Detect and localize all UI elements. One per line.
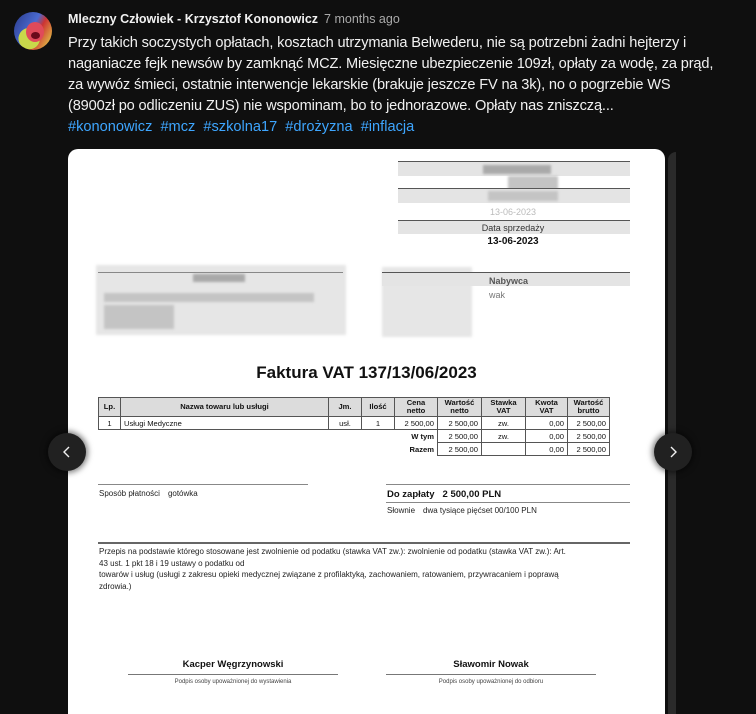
cell: 2 500,00 — [568, 443, 610, 456]
post-header: Mleczny Człowiek - Krzysztof Kononowicz7… — [68, 11, 400, 27]
post-text-line: naganiacze fejk newsów by zamknąć MCZ. M… — [68, 54, 752, 75]
divider — [382, 272, 630, 273]
table-row: 1 Usługi Medyczne usł. 1 2 500,00 2 500,… — [99, 417, 610, 430]
invoice-document: 13-06-2023 Data sprzedaży 13-06-2023 Nab… — [68, 149, 665, 714]
col-header: Jm. — [329, 398, 362, 417]
hashtag-link[interactable]: #inflacja — [361, 119, 415, 135]
cell — [482, 443, 526, 456]
legal-line: zdrowia.) — [99, 581, 634, 593]
post-text: Przy takich soczystych opłatach, kosztac… — [68, 33, 752, 117]
cell: 0,00 — [526, 417, 568, 430]
post-text-line: za wywóz śmieci, ostatnie interwencje le… — [68, 75, 752, 96]
col-header: Ilość — [362, 398, 395, 417]
payment-label: Sposób płatności — [99, 489, 160, 498]
hashtag-link[interactable]: #szkolna17 — [203, 119, 277, 135]
col-header: Wartość brutto — [568, 398, 610, 417]
summary-label: Razem — [362, 443, 438, 456]
chevron-left-icon — [60, 445, 74, 459]
invoice-title: Faktura VAT 137/13/06/2023 — [68, 363, 665, 383]
cell: 0,00 — [526, 443, 568, 456]
col-header: Stawka VAT — [482, 398, 526, 417]
cell: 2 500,00 — [438, 417, 482, 430]
post-text-line: Przy takich soczystych opłatach, kosztac… — [68, 33, 752, 54]
image-carousel[interactable]: 13-06-2023 Data sprzedaży 13-06-2023 Nab… — [68, 149, 665, 714]
col-header: Lp. — [99, 398, 121, 417]
post-time[interactable]: 7 months ago — [324, 12, 400, 26]
sale-date: 13-06-2023 — [398, 236, 628, 247]
divider — [386, 484, 630, 485]
cell: 0,00 — [526, 430, 568, 443]
table-header-row: Lp. Nazwa towaru lub usługi Jm. Ilość Ce… — [99, 398, 610, 417]
blank-cell — [99, 430, 362, 443]
sale-date-label: Data sprzedaży — [398, 223, 628, 233]
pixelated-text — [104, 293, 314, 302]
divider — [398, 220, 630, 221]
legal-basis: Przepis na podstawie którego stosowane j… — [99, 546, 634, 592]
buyer-name: wak — [489, 290, 505, 300]
col-header: Wartość netto — [438, 398, 482, 417]
carousel-prev-button[interactable] — [48, 433, 86, 471]
cell: Usługi Medyczne — [121, 417, 329, 430]
cell: usł. — [329, 417, 362, 430]
col-header: Cena netto — [395, 398, 438, 417]
legal-line: towarów i usług (usługi z zakresu opieki… — [99, 569, 634, 581]
divider — [98, 542, 630, 544]
amount-due-label: Do zapłaty — [387, 489, 435, 500]
divider — [98, 272, 343, 273]
divider — [386, 502, 630, 503]
cell: 2 500,00 — [395, 417, 438, 430]
avatar-mouth — [31, 32, 40, 39]
issuer-caption: Podpis osoby upoważnionej do wystawienia — [128, 679, 338, 685]
pixelated-text — [193, 274, 245, 282]
pixelated-text — [104, 305, 174, 329]
issue-date: 13-06-2023 — [398, 207, 628, 217]
divider — [398, 188, 630, 189]
hashtags: #kononowicz #mcz #szkolna17 #drożyzna #i… — [68, 117, 418, 137]
legal-line: Przepis na podstawie którego stosowane j… — [99, 546, 634, 558]
receiver-name: Sławomir Nowak — [386, 659, 596, 675]
amount-due: Do zapłaty2 500,00 PLN — [387, 489, 501, 500]
blank-cell — [99, 443, 362, 456]
summary-row: Razem 2 500,00 0,00 2 500,00 — [99, 443, 610, 456]
hashtag-link[interactable]: #kononowicz — [68, 119, 152, 135]
pixelated-text — [488, 191, 558, 201]
summary-row: W tym 2 500,00 zw. 0,00 2 500,00 — [99, 430, 610, 443]
words-label: Słownie — [387, 506, 415, 515]
chevron-right-icon — [666, 445, 680, 459]
cell: 1 — [362, 417, 395, 430]
words-value: dwa tysiące pięćset 00/100 PLN — [423, 506, 537, 515]
post-text-line: (8900zł po odliczeniu ZUS) nie wspominam… — [68, 96, 752, 117]
col-header: Kwota VAT — [526, 398, 568, 417]
cell: 2 500,00 — [438, 443, 482, 456]
receiver-signature: Sławomir Nowak Podpis osoby upoważnionej… — [386, 659, 596, 685]
cell: 2 500,00 — [568, 430, 610, 443]
hashtag-link[interactable]: #drożyzna — [285, 119, 352, 135]
issuer-name: Kacper Węgrzynowski — [128, 659, 338, 675]
issuer-signature: Kacper Węgrzynowski Podpis osoby upoważn… — [128, 659, 338, 685]
author-name[interactable]: Mleczny Człowiek - Krzysztof Kononowicz — [68, 12, 318, 26]
col-header: Nazwa towaru lub usługi — [121, 398, 329, 417]
cell: 2 500,00 — [568, 417, 610, 430]
divider — [98, 484, 308, 485]
invoice-items-table: Lp. Nazwa towaru lub usługi Jm. Ilość Ce… — [98, 397, 610, 456]
cell: 2 500,00 — [438, 430, 482, 443]
hashtag-link[interactable]: #mcz — [160, 119, 195, 135]
cell: 1 — [99, 417, 121, 430]
receiver-caption: Podpis osoby upoważnionej do odbioru — [386, 679, 596, 685]
divider — [398, 161, 630, 162]
cell: zw. — [482, 417, 526, 430]
buyer-label: Nabywca — [489, 276, 528, 286]
payment-value: gotówka — [168, 489, 198, 498]
channel-avatar[interactable] — [14, 12, 52, 50]
summary-label: W tym — [362, 430, 438, 443]
carousel-next-button[interactable] — [654, 433, 692, 471]
amount-in-words: Słowniedwa tysiące pięćset 00/100 PLN — [387, 506, 537, 515]
cell: zw. — [482, 430, 526, 443]
legal-line: 43 ust. 1 pkt 18 i 19 ustawy o podatku o… — [99, 558, 634, 570]
payment-method: Sposób płatnościgotówka — [99, 489, 198, 498]
pixelated-text — [483, 165, 551, 174]
amount-due-value: 2 500,00 PLN — [443, 489, 502, 500]
